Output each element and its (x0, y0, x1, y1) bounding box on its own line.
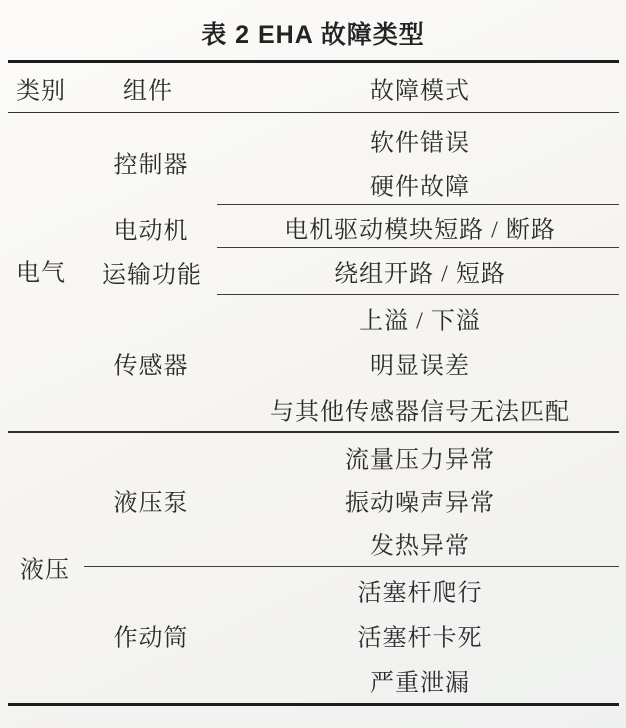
rule-sep-controller-motor (217, 204, 619, 205)
rule-sep-motor-transport (217, 247, 619, 248)
col-header-fault-mode: 故障模式 (370, 71, 470, 106)
table-figure: 表 2 EHA 故障类型 类别 组件 故障模式 电气 液压 控制器 电动机 运输… (0, 0, 626, 728)
fault-signal-mismatch: 与其他传感器信号无法匹配 (270, 392, 570, 427)
component-actuator-cylinder: 作动筒 (114, 618, 189, 653)
fault-obvious-error: 明显误差 (370, 346, 470, 381)
component-sensor: 传感器 (114, 346, 189, 381)
fault-flow-pressure-abnormal: 流量压力异常 (345, 440, 495, 475)
component-hydraulic-pump: 液压泵 (114, 483, 189, 518)
fault-heating-abnormal: 发热异常 (370, 526, 470, 561)
fault-winding-open-short: 绕组开路 / 短路 (334, 254, 506, 289)
component-controller: 控制器 (114, 145, 189, 180)
fault-drive-module-short-open: 电机驱动模块短路 / 断路 (284, 210, 556, 245)
component-transport-function: 运输功能 (102, 255, 202, 290)
fault-severe-leakage: 严重泄漏 (370, 663, 470, 698)
fault-software-error: 软件错误 (370, 123, 470, 158)
fault-hardware-failure: 硬件故障 (370, 167, 470, 202)
rule-sep-transport-sensor (217, 294, 619, 295)
category-hydraulic: 液压 (20, 550, 70, 585)
col-header-component: 组件 (123, 71, 173, 106)
category-electrical: 电气 (16, 253, 66, 288)
fault-overflow-underflow: 上溢 / 下溢 (359, 301, 481, 336)
rule-sep-electric-hydraulic (8, 431, 619, 433)
rule-bottom (8, 703, 619, 706)
fault-piston-rod-stuck: 活塞杆卡死 (358, 618, 483, 653)
component-motor: 电动机 (114, 211, 189, 246)
rule-header-bottom (8, 112, 619, 114)
table-title: 表 2 EHA 故障类型 (201, 15, 425, 51)
rule-sep-pump-actuator (84, 566, 619, 567)
fault-vibration-noise-abnormal: 振动噪声异常 (345, 483, 495, 518)
rule-top (8, 60, 619, 63)
col-header-category: 类别 (16, 71, 66, 106)
fault-piston-rod-creep: 活塞杆爬行 (358, 573, 483, 608)
